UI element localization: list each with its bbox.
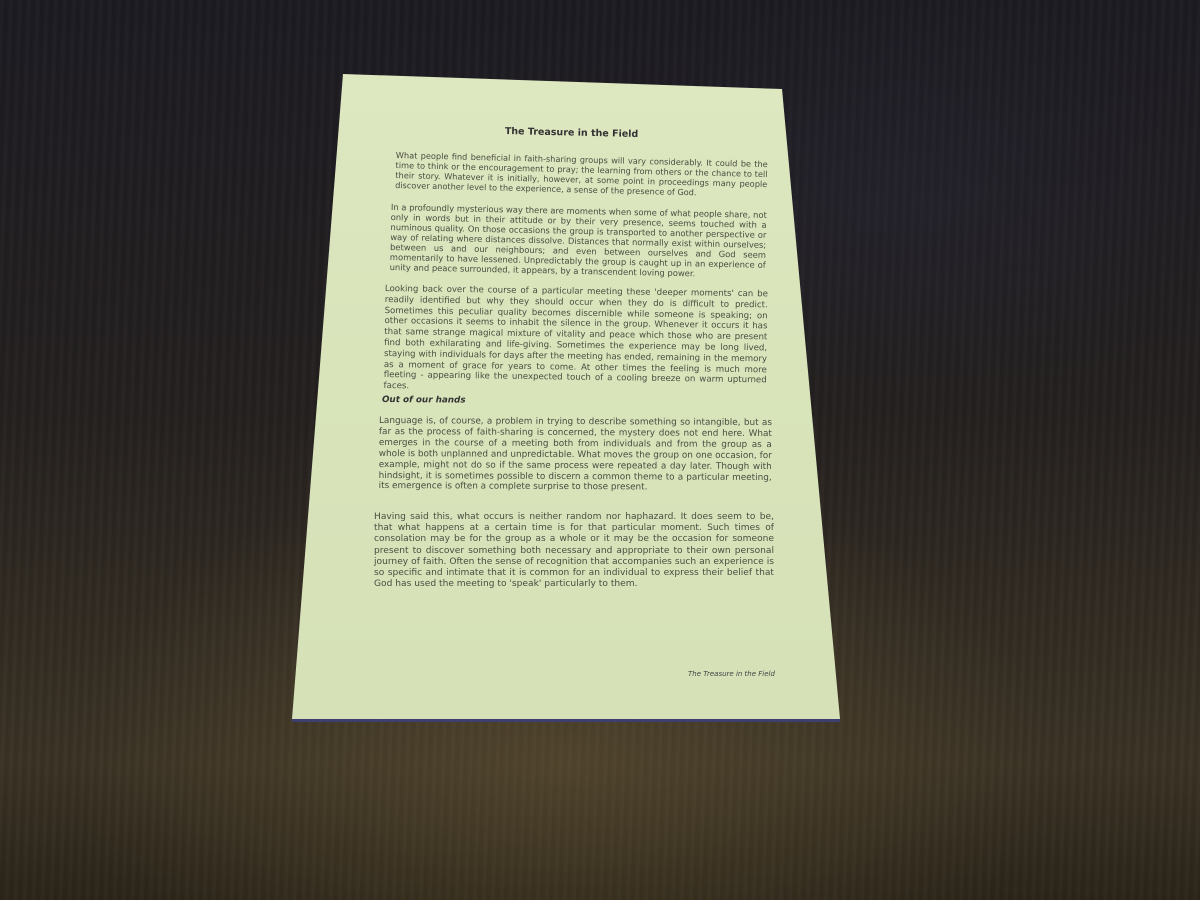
paragraph: Having said this, what occurs is neither… <box>374 512 774 590</box>
paragraph: Language is, of course, a problem in try… <box>379 416 772 494</box>
paragraph: In a profoundly mysterious way there are… <box>390 202 767 280</box>
page-bottom-edge <box>292 719 840 722</box>
section-heading: Out of our hands <box>382 395 466 406</box>
page-footer: The Treasure in the Field <box>688 670 775 678</box>
paragraph: Looking back over the course of a partic… <box>383 284 767 397</box>
